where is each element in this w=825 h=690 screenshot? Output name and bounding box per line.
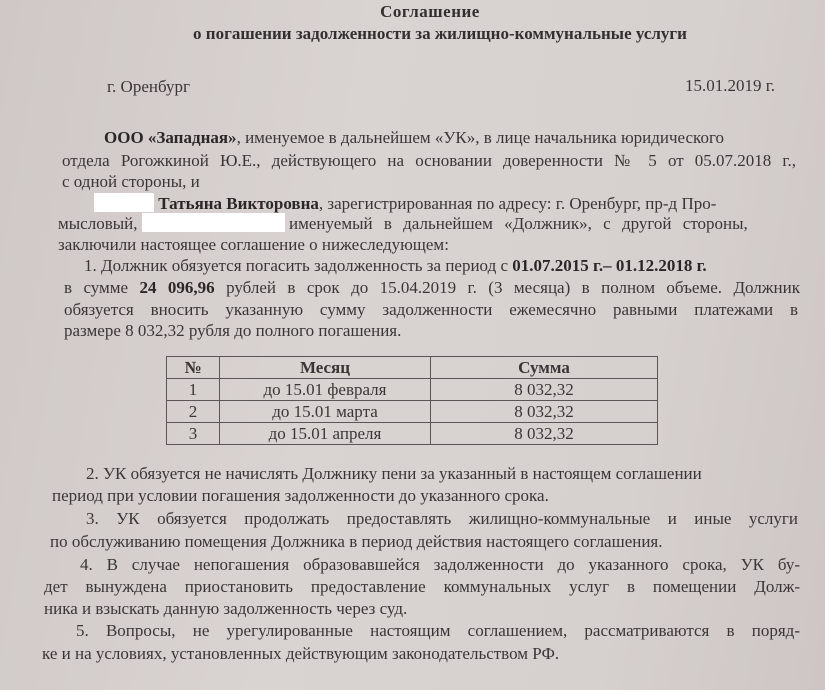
agreement-page: Соглашение о погашении задолженности за … [0, 0, 825, 690]
clause-5-line-2: ке и на условиях, установленных действую… [42, 643, 559, 665]
header-month: Месяц [220, 357, 431, 379]
debtor-name: Татьяна Викторовна [158, 194, 319, 213]
clause-4-line-3: ника и взыскать данную задолженность чер… [44, 598, 407, 620]
table-row: 2 до 15.01 марта 8 032,32 [167, 401, 658, 423]
city: г. Оренбург [107, 77, 190, 97]
clause-1-line-1: 1. Должник обязуется погасить задолженно… [84, 255, 707, 277]
clause-1-line-2: в сумме 24 096,96 рублей в срок до 15.04… [64, 277, 800, 299]
clause-4-line-2: дет вынуждена приостановить предоставлен… [44, 576, 800, 598]
debt-amount: 24 096,96 [140, 278, 215, 297]
header-number: № [167, 357, 220, 379]
preamble-line-5: мысловый, именуемый в дальнейшем «Должни… [58, 213, 798, 235]
header-amount: Сумма [431, 357, 658, 379]
preamble-line-3: с одной стороны, и [62, 171, 200, 193]
preamble-line-6: заключили настоящее соглашение о нижесле… [58, 234, 449, 256]
table-row: 1 до 15.01 февраля 8 032,32 [167, 379, 658, 401]
clause-5-line-1: 5. Вопросы, не урегулированные настоящим… [76, 620, 800, 642]
clause-3-line-1: 3. УК обязуется продолжать предоставлять… [86, 508, 798, 530]
clause-2-line-2: период при условии погашения задолженнос… [52, 485, 549, 507]
table-header-row: № Месяц Сумма [167, 357, 658, 379]
company-name: ООО «Западная» [104, 128, 237, 147]
clause-4-line-1: 4. В случае непогашения образовавшейся з… [80, 554, 800, 576]
clause-3-line-2: по обслуживанию помещения Должника в пер… [50, 531, 663, 553]
clause-2-line-1: 2. УК обязуется не начислять Должнику пе… [86, 463, 702, 485]
payment-schedule-table: № Месяц Сумма 1 до 15.01 февраля 8 032,3… [166, 356, 658, 445]
document-title: Соглашение [380, 2, 480, 22]
preamble-line-1: ООО «Западная», именуемое в дальнейшем «… [104, 127, 724, 149]
redacted-address [142, 213, 285, 232]
clause-1-line-4: размере 8 032,32 рубля до полного погаше… [64, 320, 401, 342]
clause-1-line-3: обязуется вносить указанную сумму задолж… [64, 299, 798, 321]
document-subtitle: о погашении задолженности за жилищно-ком… [193, 24, 687, 44]
preamble-line-4: Татьяна Викторовна, зарегистрированная п… [94, 193, 716, 215]
table-row: 3 до 15.01 апреля 8 032,32 [167, 423, 658, 445]
redacted-surname [94, 193, 154, 212]
preamble-line-2: отдела Рогожкиной Ю.Е., действующего на … [62, 150, 796, 172]
document-date: 15.01.2019 г. [685, 76, 775, 96]
